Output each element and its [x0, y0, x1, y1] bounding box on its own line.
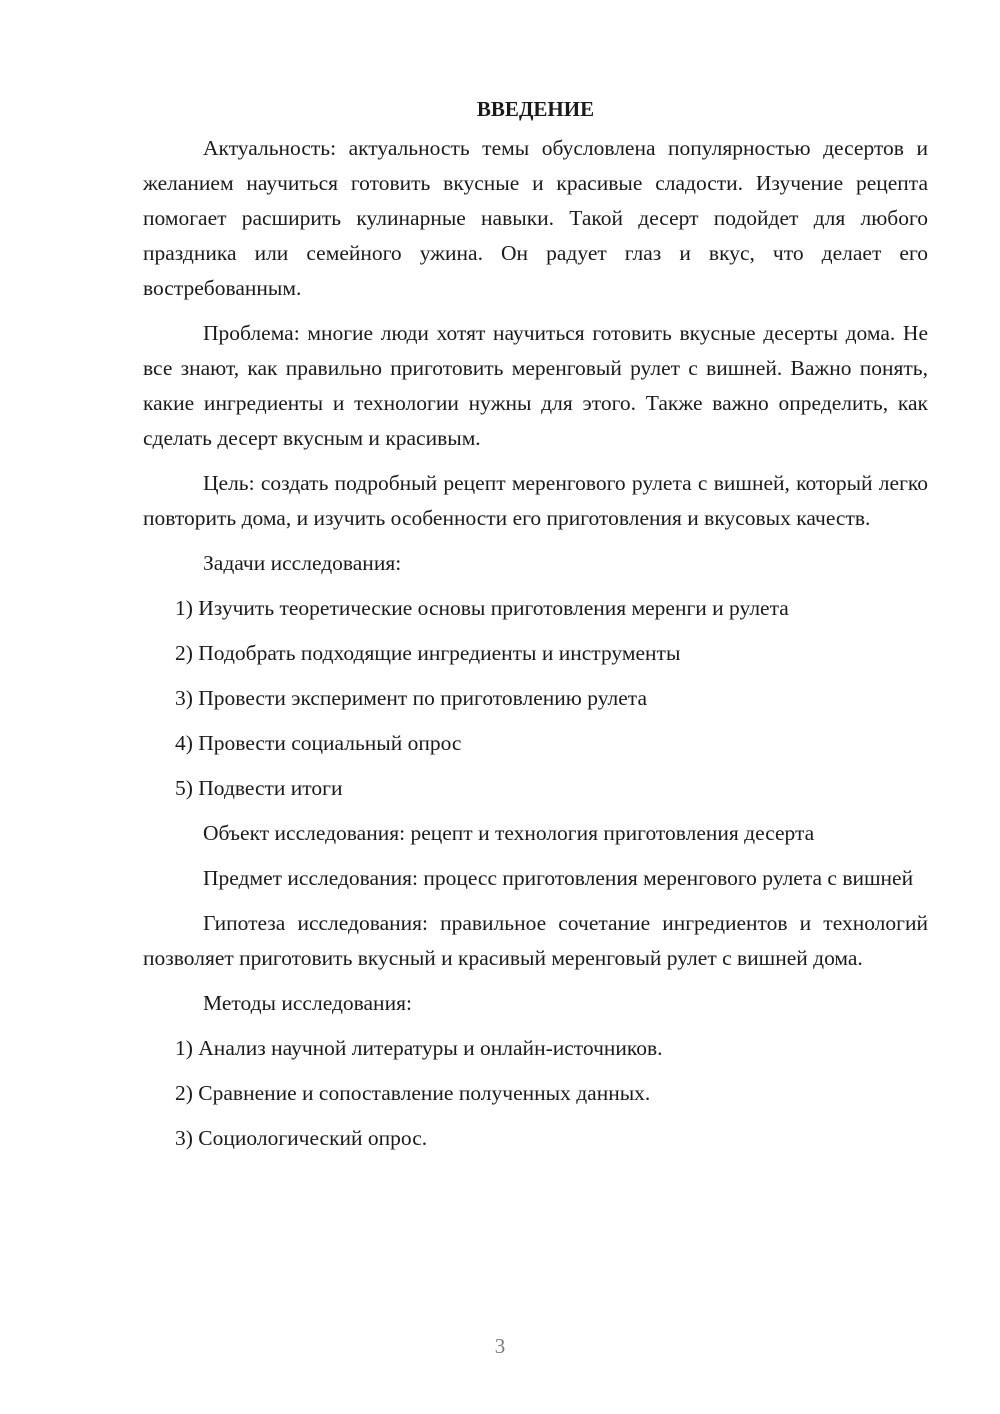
page-number: 3 [0, 1334, 1000, 1359]
task-item: 4) Провести социальный опрос [143, 726, 928, 761]
problem-paragraph: Проблема: многие люди хотят научиться го… [143, 316, 928, 456]
object-paragraph: Объект исследования: рецепт и технология… [143, 816, 928, 851]
methods-list: 1) Анализ научной литературы и онлайн-ис… [143, 1031, 928, 1156]
relevance-paragraph: Актуальность: актуальность темы обусловл… [143, 131, 928, 306]
method-item: 2) Сравнение и сопоставление полученных … [143, 1076, 928, 1111]
hypothesis-paragraph: Гипотеза исследования: правильное сочета… [143, 906, 928, 976]
method-item: 1) Анализ научной литературы и онлайн-ис… [143, 1031, 928, 1066]
method-item: 3) Социологический опрос. [143, 1121, 928, 1156]
document-page: ВВЕДЕНИЕ Актуальность: актуальность темы… [143, 92, 928, 1166]
task-item: 3) Провести эксперимент по приготовлению… [143, 681, 928, 716]
tasks-heading: Задачи исследования: [143, 546, 928, 581]
task-item: 1) Изучить теоретические основы приготов… [143, 591, 928, 626]
task-item: 2) Подобрать подходящие ингредиенты и ин… [143, 636, 928, 671]
task-item: 5) Подвести итоги [143, 771, 928, 806]
section-title: ВВЕДЕНИЕ [143, 92, 928, 127]
tasks-list: 1) Изучить теоретические основы приготов… [143, 591, 928, 806]
goal-paragraph: Цель: создать подробный рецепт меренгово… [143, 466, 928, 536]
subject-paragraph: Предмет исследования: процесс приготовле… [143, 861, 928, 896]
methods-heading: Методы исследования: [143, 986, 928, 1021]
